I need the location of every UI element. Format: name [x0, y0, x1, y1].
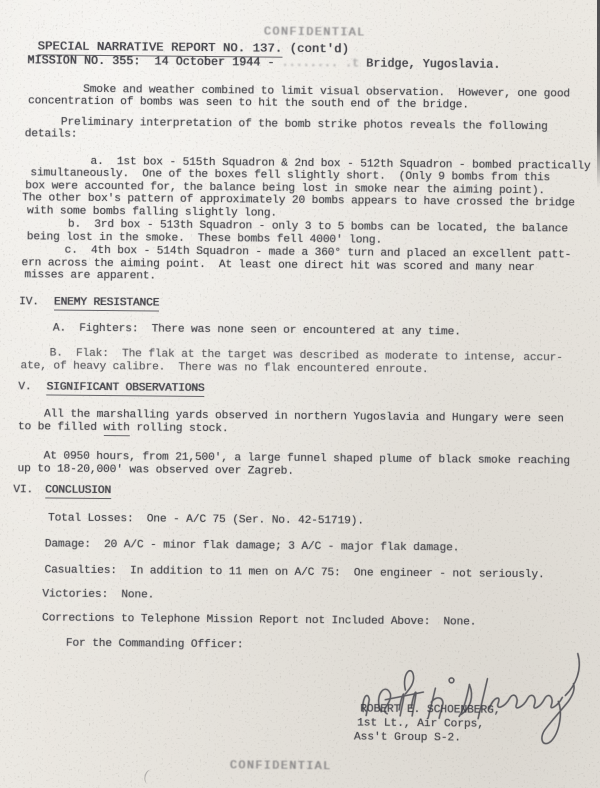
marshalling-line2: to be filled with rolling stock. [18, 421, 229, 436]
fighters-line: A. Fighters: There was none seen or enco… [53, 323, 461, 340]
section-heading-significant-observations: V.SIGNIFICANT OBSERVATIONS [18, 381, 204, 396]
classification-top: CONFIDENTIAL [264, 26, 366, 40]
section-heading-conclusion: VI.CONCLUSION [13, 484, 111, 498]
mission-target: Bridge, Yugoslavia. [366, 58, 500, 72]
para-prelim-line1: Preliminary interpretation of the bomb s… [61, 117, 548, 135]
classification-bottom: CONFIDENTIAL [230, 759, 332, 773]
section-iv-title: ENEMY RESISTANCE [54, 297, 159, 312]
section-v-title: SIGNIFICANT OBSERVATIONS [46, 381, 204, 397]
item-c-line3: misses are apparent. [24, 269, 156, 283]
document-page: CONFIDENTIAL SPECIAL NARRATIVE REPORT NO… [0, 0, 600, 788]
report-title-suffix: (cont'd) [282, 42, 349, 57]
total-losses-line: Total Losses: One - A/C 75 (Ser. No. 42-… [48, 512, 364, 528]
casualties-line: Casualties: In addition to 11 men on A/C… [44, 564, 544, 582]
mission-target-illegible: ........ .t [281, 57, 366, 71]
scan-pen-mark [143, 768, 157, 785]
section-v-number: V. [18, 381, 31, 393]
signature-block: ROBERT E. SCHOENBERG, 1st Lt., Air Corps… [0, 0, 600, 6]
victories-line: Victories: None. [42, 588, 154, 602]
zagreb-line2: up to 18-20,000' was observed over Zagre… [17, 463, 293, 479]
para-prelim-line2: details: [25, 128, 78, 142]
signer-title: Ass't Group S-2. [354, 731, 461, 745]
section-vi-title: CONCLUSION [45, 484, 111, 499]
section-vi-number: VI. [13, 484, 33, 496]
mission-number: MISSION NO. 355: 14 October 1944 - [27, 54, 281, 69]
signer-typed-name: ROBERT E. SCHOENBERG, [360, 703, 500, 717]
corrections-line: Corrections to Telephone Mission Report … [42, 612, 476, 629]
mission-line: MISSION NO. 355: 14 October 1944 - .....… [27, 54, 500, 72]
item-a-line5: with some bombs falling slightly long. [27, 205, 277, 220]
section-iv-number: IV. [19, 296, 39, 308]
section-heading-enemy-resistance: IV.ENEMY RESISTANCE [19, 296, 159, 310]
flak-line2: ate, of heavy calibre. There was no flak… [20, 360, 428, 377]
signer-rank: 1st Lt., Air Corps, [357, 717, 484, 731]
damage-line: Damage: 20 A/C - minor flak damage; 3 A/… [45, 538, 460, 555]
for-commanding-officer-line: For the Commanding Officer: [66, 638, 244, 653]
